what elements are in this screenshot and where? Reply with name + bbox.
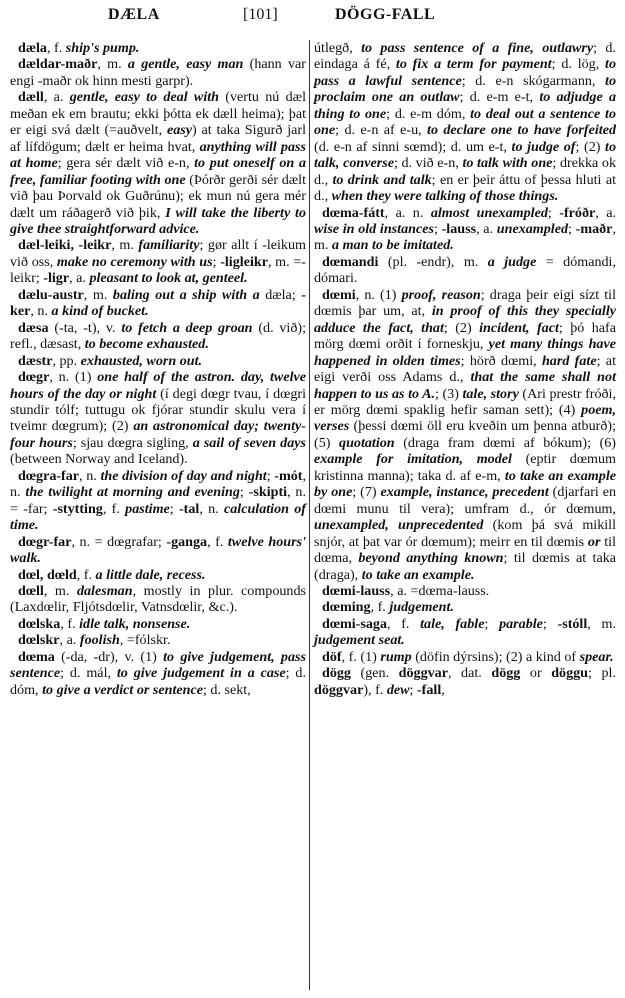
dictionary-entry: döf, f. (1) rump (döfin dýrsins); (2) a … [314,649,616,665]
dictionary-entry: dögg (gen. döggvar, dat. dögg or döggu; … [314,665,616,698]
definition-text: to fetch a deep groan [121,320,252,336]
headword: dœma-fátt [322,205,385,221]
headword: dæstr [18,353,52,369]
dictionary-entry: dœma (-da, -dr), v. (1) to give judgemen… [10,649,306,698]
dictionary-entry: dœgr, n. (1) one half of the astron. day… [10,369,306,468]
headword: dœgr-far [18,534,72,550]
definition-text: almost unexampled [431,205,548,221]
entry-text: , dat. [448,665,491,681]
entry-text: ; [484,616,499,632]
headword: dœming [322,599,371,615]
entry-text: ; [434,221,442,237]
headword: dœmi-lauss [322,583,390,599]
definition-text: familiarity [138,237,199,253]
definition-text: unexampled, unprecedented [314,517,483,533]
headword: -fall [417,682,441,698]
definition-text: spear. [580,649,614,665]
definition-text: incident, fact [479,320,559,336]
definition-text: pleasant to look at, genteel. [89,270,247,286]
definition-text: or [588,534,601,550]
dictionary-entry: dæla, f. ship's pump. [10,40,306,56]
dictionary-entry: dæl-leiki, -leikr, m. familiarity; gør a… [10,237,306,286]
definition-text: example for imitation, model [314,451,512,467]
dictionary-entry: dœma-fátt, a. n. almost unexampled; -fró… [314,205,616,254]
definition-text: a sail of seven days [193,435,306,451]
entry-text: , m. [44,583,77,599]
entry-text: (-da, -dr), v. (1) [55,649,163,665]
definition-text: judgement. [389,599,454,615]
entry-text: , n. (1) [356,287,402,303]
entry-text: ), f. [363,682,386,698]
entry-text: (-ta, -t), v. [49,320,122,336]
entry-text: ; d. mál, [60,665,117,681]
definition-text: to declare one to have forfeited [427,122,616,138]
entry-text: , n. [199,501,224,517]
definition-text: unexampled [497,221,568,237]
headword: dœll [18,583,44,599]
headword: -stóll [558,616,588,632]
definition-text: to become exhausted. [85,336,209,352]
entry-text: (döfin dýrsins); (2) a kind of [412,649,580,665]
right-column: útlegð, to pass sentence of a fine, outl… [314,40,616,698]
dictionary-entry: dældar-maðr, m. a gentle, easy man (hann… [10,56,306,89]
entry-text: ; d. e-n skógarmann, [462,73,605,89]
left-guide-word: DÆLA [108,6,160,24]
entry-text: (pl. -endr), m. [378,254,487,270]
dictionary-entry: dœl, dœld, f. a little dale, recess. [10,567,306,583]
headword: dœlska [18,616,60,632]
headword: -fróðr [559,205,595,221]
entry-text: , f. [387,616,420,632]
headword: -ligleikr [220,254,268,270]
entry-text: , a. n. [385,205,431,221]
entry-text: (draga fram dœmi af bókum); (6) [395,435,616,451]
definition-text: gentle, easy to deal with [70,89,219,105]
headword: -lauss [442,221,476,237]
entry-text: ; [240,484,249,500]
entry-text: dæla; [260,287,302,303]
definition-text: idle talk, nonsense. [79,616,190,632]
right-guide-word: DÖGG-FALL [335,6,435,24]
headword: döggvar [314,682,363,698]
entry-text: ; d. sekt, [203,682,251,698]
entry-text: ; [568,221,576,237]
dictionary-entry: dœll, m. dalesman, mostly in plur. compo… [10,583,306,616]
dictionary-entry: dœgr-far, n. = dœgrafar; -ganga, f. twel… [10,534,306,567]
dictionary-entry: dœlska, f. idle talk, nonsense. [10,616,306,632]
entry-text: or [520,665,551,681]
dictionary-entry: dæsa (-ta, -t), v. to fetch a deep groan… [10,320,306,353]
entry-text: , m. [111,237,138,253]
entry-text: ; (7) [352,484,380,500]
headword: dœma [18,649,55,665]
entry-text: ; [170,501,179,517]
dictionary-entry: dœmi, n. (1) proof, reason; draga þeir e… [314,287,616,583]
definition-text: make no ceremony with us [57,254,213,270]
entry-text: ; [548,205,559,221]
headword: dœlskr [18,632,60,648]
headword: -mót [274,468,302,484]
definition-text: baling out a ship with a [113,287,260,303]
definition-text: to pass sentence of a fine, outlawry [361,40,593,56]
definition-text: to talk with one [462,155,552,171]
entry-text: ; sjau dœgra sigling, [73,435,193,451]
headword: döggu [551,665,588,681]
headword: -tal [179,501,199,517]
entry-text: ; (2) [576,139,606,155]
entry-text: ; d. lög, [552,56,605,72]
definition-text: rump [380,649,411,665]
headword: dœgra-far [18,468,79,484]
definition-text: easy [167,122,192,138]
definition-text: beyond anything known [358,550,503,566]
dictionary-entry: dœlskr, a. foolish, =fólskr. [10,632,306,648]
headword: dæsa [18,320,49,336]
headword: dælu-austr [18,287,84,303]
definition-text: to judge of [512,139,576,155]
definition-text: to drink and talk [332,172,431,188]
headword: -ganga [166,534,207,550]
definition-text: tale, story [462,386,518,402]
definition-text: pastime [125,501,170,517]
definition-text: judgement seat. [314,632,405,648]
entry-text: , n. = dœgrafar; [72,534,167,550]
entry-text: ; [410,682,417,698]
dictionary-entry: dœgra-far, n. the division of day and ni… [10,468,306,534]
entry-text: , f. [207,534,228,550]
entry-text: , f. [371,599,390,615]
headword: dögg [322,665,351,681]
headword: dœmandi [322,254,378,270]
definition-text: tale, fable [420,616,484,632]
definition-text: dew [387,682,410,698]
headword: dœmi-saga [322,616,387,632]
definition-text: a man to be imitated. [332,237,454,253]
definition-text: dalesman [77,583,133,599]
headword: -skipti [249,484,287,500]
headword: dæll [18,89,44,105]
dictionary-entry: dœmi-saga, f. tale, fable; parable; -stó… [314,616,616,649]
definition-text: to give judgement in a case [117,665,286,681]
entry-text: ; d. við e-n, [394,155,463,171]
entry-text: ; pl. [588,665,616,681]
headword: -ligr [43,270,69,286]
definition-text: hard fate [542,353,597,369]
page-number: [101] [243,6,278,24]
definition-text: a judge [488,254,537,270]
entry-text: ; (2) [444,320,479,336]
column-divider [309,40,310,990]
definition-text: the division of day and night [100,468,266,484]
headword: dæl-leiki, -leikr [18,237,111,253]
entry-text: , m. [587,616,616,632]
left-column: dæla, f. ship's pump.dældar-maðr, m. a g… [10,40,306,698]
definition-text: the twilight at morning and evening [25,484,240,500]
entry-text: , n. (1) [49,369,97,385]
entry-text: , [441,682,445,698]
entry-text: , a. [476,221,497,237]
entry-text: , f. [60,616,79,632]
dictionary-entry: dœming, f. judgement. [314,599,616,615]
definition-text: when they were talking of those things. [332,188,559,204]
definition-text: foolish [80,632,120,648]
definition-text: ship's pump. [66,40,140,56]
entry-text: , a. [60,632,80,648]
running-header: DÆLA [101] DÖGG-FALL [0,6,625,28]
entry-text: , f. [103,501,125,517]
definition-text: to fix a term for payment [396,56,552,72]
entry-text: , =fólskr. [120,632,171,648]
headword: dœl, dœld [18,567,77,583]
entry-text: , a. =dœma-lauss. [390,583,489,599]
entry-text: ; d. e-m e-t, [460,89,540,105]
dictionary-entry: dælu-austr, m. baling out a ship with a … [10,287,306,320]
definition-text: proof, reason [402,287,481,303]
dictionary-entry: dæll, a. gentle, easy to deal with (vert… [10,89,306,237]
entry-text: , m. [97,56,128,72]
headword: dældar-maðr [18,56,97,72]
headword: dœgr [18,369,49,385]
entry-text: , f. [77,567,96,583]
entry-text: (gen. [351,665,399,681]
entry-text: ; gera sér dælt við e-n, [58,155,194,171]
entry-text: útlegð, [314,40,361,56]
dictionary-entry: dæstr, pp. exhausted, worn out. [10,353,306,369]
definition-text: a kind of bucket. [52,303,149,319]
headword: dæla [18,40,47,56]
definition-text: quotation [339,435,395,451]
entry-text: , n. [79,468,100,484]
entry-text: ; [543,616,558,632]
definition-text: to take an example. [362,567,475,583]
definition-text: example, instance, precedent [380,484,548,500]
definition-text: parable [499,616,543,632]
entry-text: , a. [69,270,89,286]
entry-text: , pp. [52,353,80,369]
entry-text: ; d. e-n af e-u, [335,122,427,138]
entry-text: ; (3) [435,386,462,402]
entry-text: ; hörð dœmi, [461,353,542,369]
entry-text: , f. [47,40,66,56]
definition-text: a little dale, recess. [96,567,206,583]
dictionary-entry: útlegð, to pass sentence of a fine, outl… [314,40,616,205]
entry-text: , m. [84,287,113,303]
entry-text: , f. (1) [342,649,381,665]
entry-text: , n. [30,303,51,319]
dictionary-entry: dœmandi (pl. -endr), m. a judge = dómand… [314,254,616,287]
headword: döggvar [399,665,448,681]
headword: -stytting [53,501,103,517]
headword: döf [322,649,342,665]
entry-text: , a. [595,205,616,221]
headword: -maðr [576,221,613,237]
dictionary-entry: dœmi-lauss, a. =dœma-lauss. [314,583,616,599]
definition-text: to give a verdict or sentence [42,682,203,698]
entry-text: , a. [44,89,70,105]
entry-text: (between Norway and Iceland). [10,451,188,467]
definition-text: wise in old instances [314,221,434,237]
entry-text: ; d. e-m dóm, [386,106,470,122]
definition-text: exhausted, worn out. [81,353,202,369]
headword: dögg [491,665,520,681]
headword: dœmi [322,287,356,303]
entry-text: (d. e-n af sinni sœmd); d. um e-t, [314,139,512,155]
definition-text: a gentle, easy man [128,56,243,72]
